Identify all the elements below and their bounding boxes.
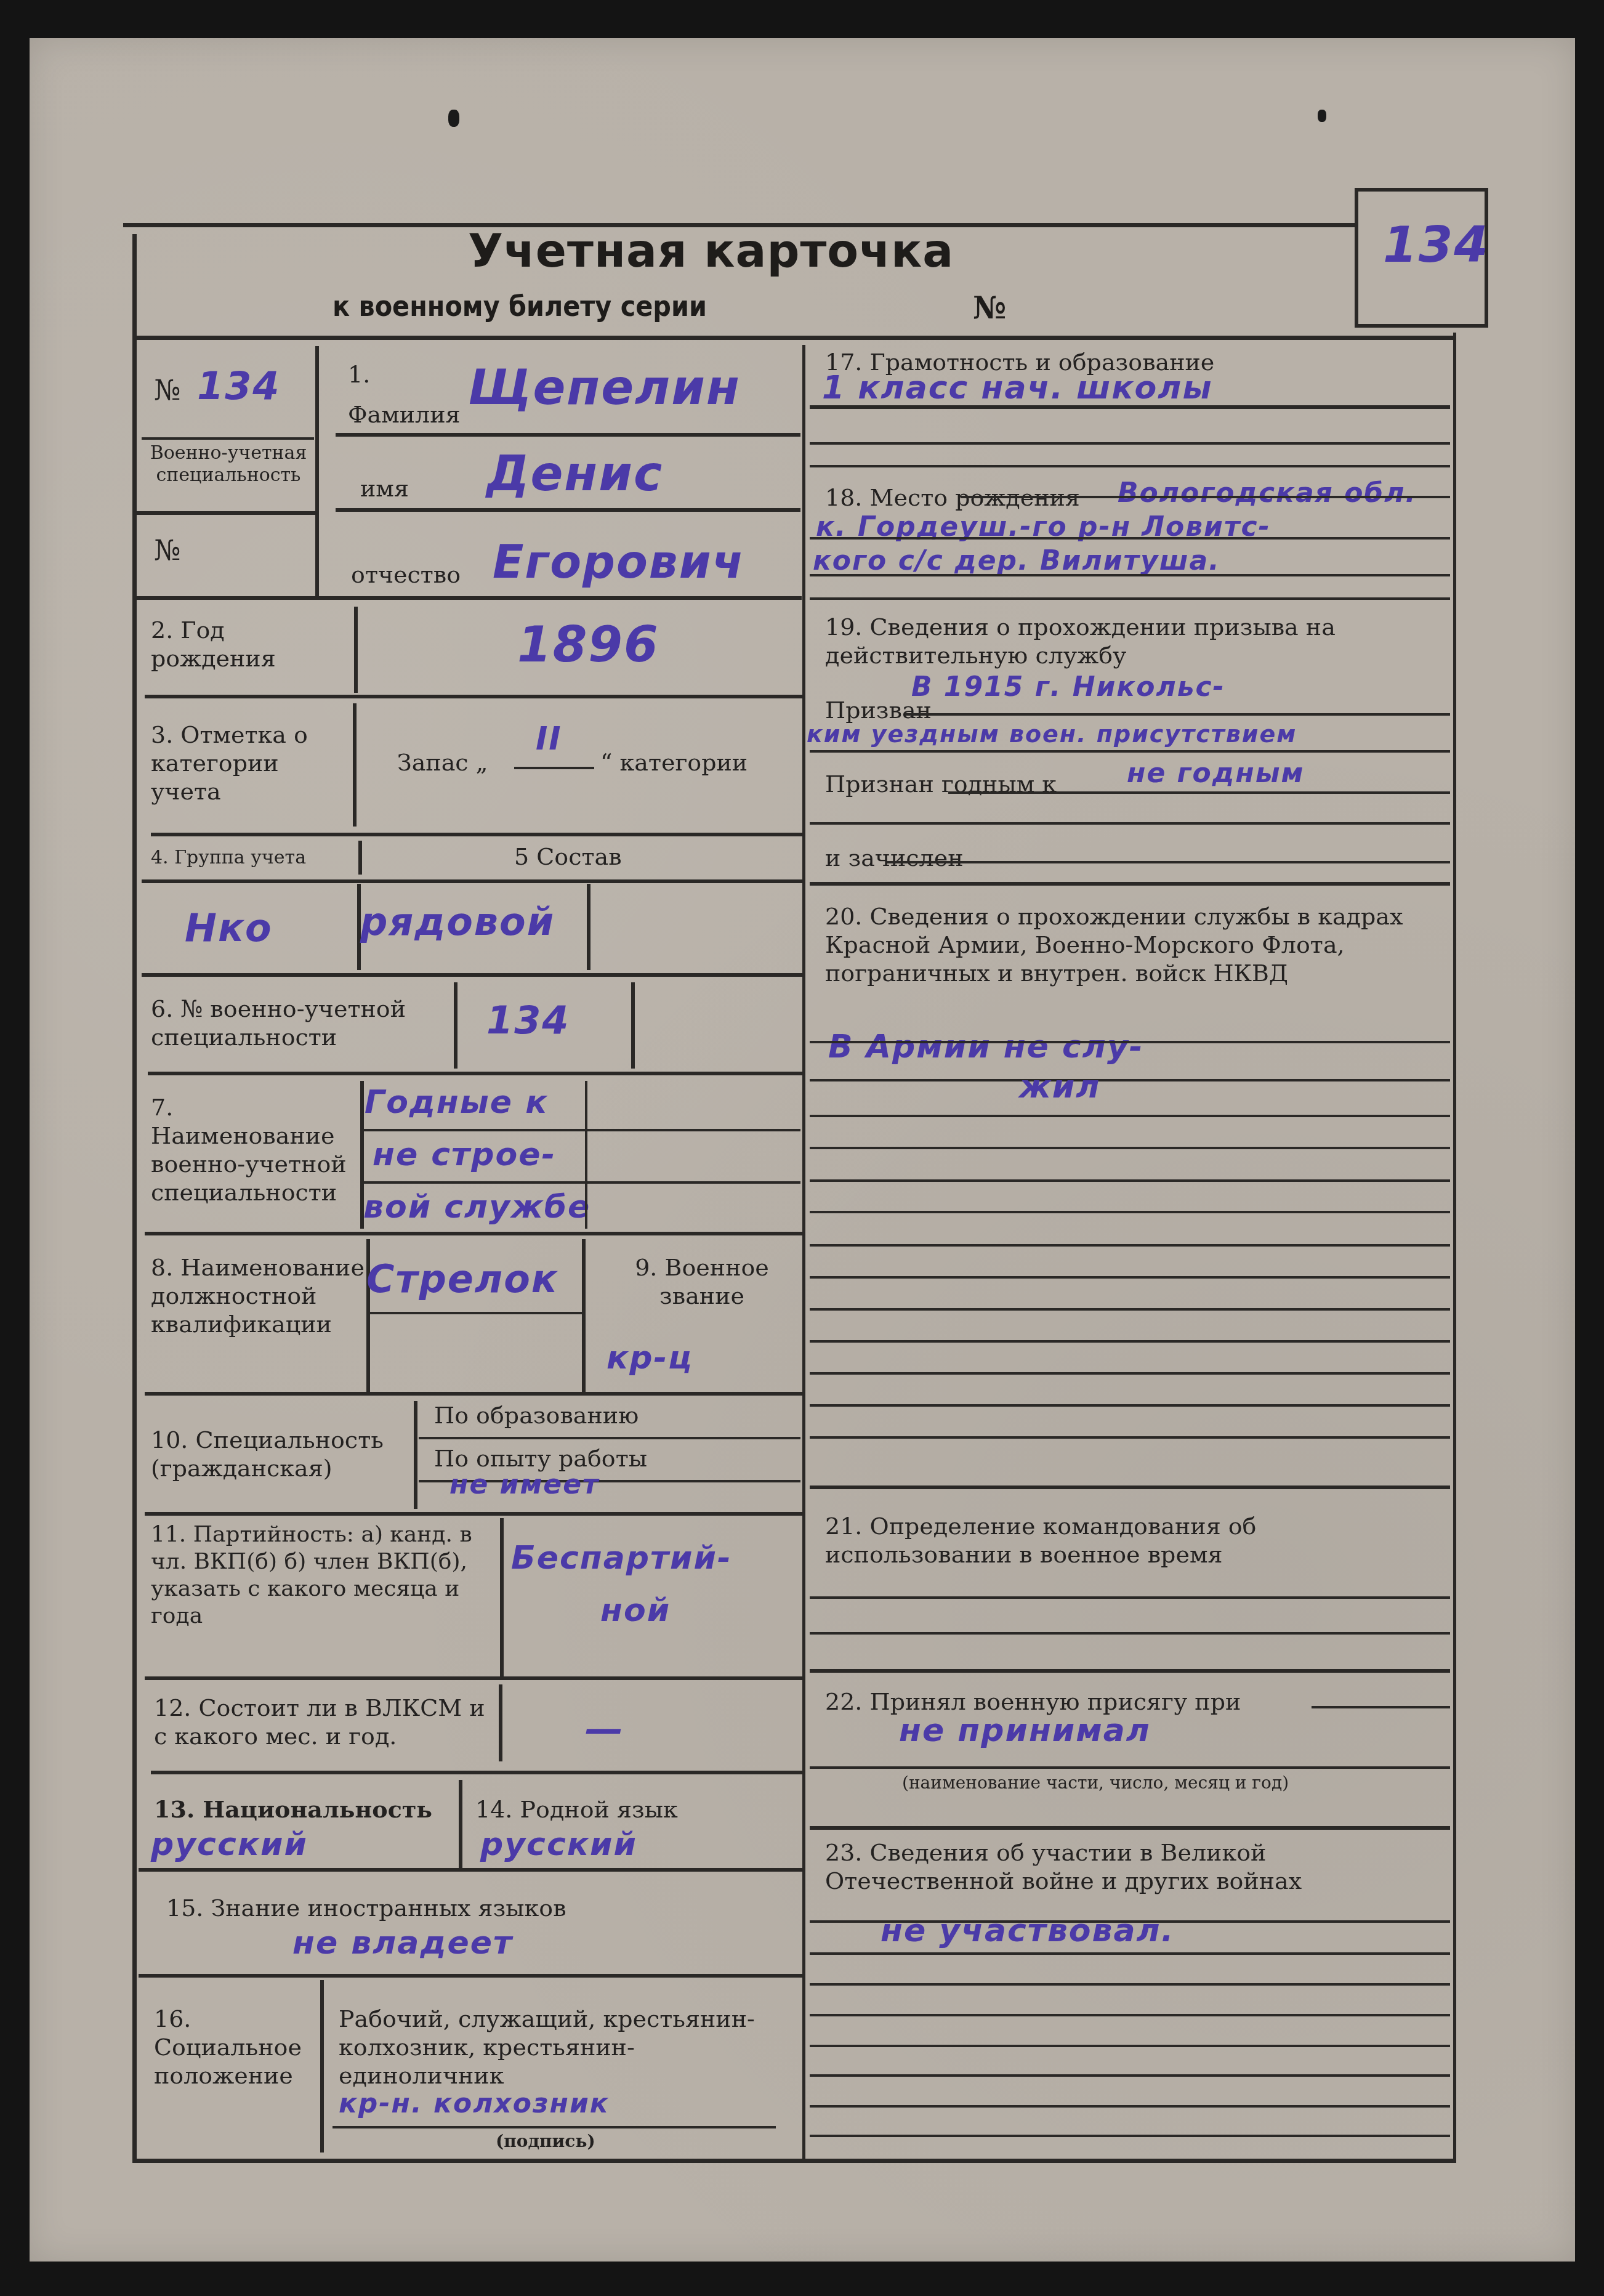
divider [810,1372,1450,1375]
f13-label: 13. Национальность [154,1795,432,1824]
f3-label: 3. Отметка о категории учета [151,721,354,806]
divider [810,2074,1450,2077]
divider [810,1766,1450,1769]
patronymic-label: отчество [351,560,461,589]
divider [905,713,1450,716]
patronymic-value: Егорович [493,536,744,589]
f12-label: 12. Состоит ли в ВЛКСМ и с какого мес. и… [154,1694,499,1750]
recognized-label: Признан годным к [825,770,1057,798]
divider [500,1518,504,1678]
f2-label: 2. Год рождения [151,616,329,673]
party-value-line-2: ной [600,1592,671,1629]
divider [354,607,358,693]
f1-num: 1. [348,360,370,389]
left-border [132,234,137,2162]
foreign-languages-value: не владеет [292,1925,513,1962]
native-language-value: русский [480,1826,637,1863]
no2-label: № [154,536,181,564]
divider [810,1079,1450,1081]
top-right-number: 134 [1383,216,1489,273]
divider [810,2135,1450,2137]
name-label: имя [360,474,409,503]
position-qualification-value: Стрелок [366,1256,558,1301]
f11-label: 11. Партийность: а) канд. в чл. ВКП(б) б… [151,1521,496,1630]
page-subtitle: к военному билету серии [332,289,707,323]
divider [353,703,357,827]
divider [363,1181,800,1184]
divider [810,1244,1450,1247]
by-education-label: По образованию [434,1401,639,1429]
divider [582,1239,586,1393]
divider [363,1129,800,1131]
name-value: Денис [486,447,663,502]
divider [810,1669,1450,1673]
bottom-border [132,2159,1456,2163]
vus-label: Военно-учетная специальность [145,442,312,487]
nationality-value: русский [151,1826,308,1863]
divider [142,879,802,883]
divider [139,1974,802,1978]
vus-name-line-3: вой службе [363,1189,590,1226]
divider [145,695,802,698]
divider [336,508,800,512]
recognized-value: не годным [1127,758,1304,789]
divider [810,1276,1450,1279]
divider [332,2126,776,2128]
header-bottom-rule [132,336,1456,340]
divider [810,1596,1450,1599]
divider [810,1983,1450,1986]
ticket-number-label: № [973,289,1006,326]
divider [887,861,1450,863]
birth-year-value: 1896 [517,616,659,673]
column-divider [802,345,805,2162]
divider [810,1308,1450,1311]
party-value-line-1: Беспартий- [511,1540,732,1577]
divider [810,1115,1450,1117]
called-line-1: В 1915 г. Никольс- [911,671,1225,703]
f21-label: 21. Определение командования об использо… [825,1512,1444,1569]
composition-value: рядовой [360,899,555,944]
divider [145,1676,802,1680]
card-no-label: № [154,376,181,404]
divider [810,1041,1450,1043]
divider [810,1147,1450,1149]
education-value: 1 класс нач. школы [822,370,1212,406]
card-no-value: 134 [197,363,280,408]
divider [810,2045,1450,2047]
divider [810,1340,1450,1343]
divider [1312,1706,1450,1708]
account-group-value: Нко [185,905,273,950]
divider [137,511,315,515]
vus-name-line-1: Годные к [365,1084,548,1121]
divider [810,1179,1450,1182]
divider [137,596,802,600]
reserve-category-value: II [536,721,562,758]
military-rank-value: кр-ц [607,1340,693,1376]
vus-name-line-2: не строе- [373,1136,556,1173]
komsomol-value: — [585,1706,624,1751]
top-right-number-box: 134 [1355,188,1488,328]
divider [810,597,1450,600]
divider [145,1392,802,1396]
called-line-2: ким уездным воен. присутствием [807,721,1297,748]
civil-specialty-value: не имеет [449,1469,600,1500]
divider [358,841,362,875]
oath-caption: (наименование части, число, месяц и год) [902,1773,1289,1793]
f6-label: 6. № военно-учетной специальности [151,995,459,1051]
divider [810,750,1450,753]
reserve-label: Запас „ [397,748,488,777]
divider [810,442,1450,445]
divider [151,833,802,836]
divider [419,1437,800,1439]
divider [810,2014,1450,2016]
f15-label: 15. Знание иностранных языков [166,1894,566,1922]
f4-label: 4. Группа учета [151,847,306,869]
divider [145,1232,802,1235]
divider [810,2105,1450,2108]
divider [499,1684,502,1761]
f23-label: 23. Сведения об участии в Великой Отечес… [825,1838,1444,1895]
vus-number-value: 134 [486,998,570,1043]
reserve-suffix: “ категории [600,748,748,777]
birthplace-line-3: кого с/с дер. Вилитуша. [813,545,1220,576]
right-border [1453,333,1456,2162]
divider [810,1404,1450,1407]
divider [142,973,802,977]
divider [414,1401,417,1509]
divider [587,884,590,970]
divider [336,433,800,437]
oath-value: не принимал [899,1712,1151,1749]
social-status-options: Рабочий, служащий, крестьянин-колхозник,… [339,2005,794,2090]
birthplace-line-1: Вологодская обл. [1118,477,1417,509]
divider [810,465,1450,467]
f7-label: 7. Наименование военно-учетной специальн… [151,1093,363,1207]
divider [585,1081,587,1229]
enrolled-label: и зачислен [825,844,963,872]
divider [810,537,1450,540]
divider [320,1980,324,2152]
f5-label: 5 Состав [514,843,622,871]
divider [631,982,635,1069]
service-line-1: В Армии не слу- [828,1029,1143,1065]
divider [151,1771,802,1774]
divider [145,1512,802,1516]
surname-label: Фамилия [348,400,461,429]
divider [369,1312,582,1314]
divider [315,346,319,599]
divider [810,822,1450,825]
f8-label: 8. Наименование должностной квалификации [151,1253,366,1338]
war-participation-value: не участвовал. [881,1912,1174,1949]
divider [810,574,1450,576]
divider [810,882,1450,886]
f20-label: 20. Сведения о прохождении службы в кадр… [825,902,1444,987]
divider [961,496,1450,498]
signature-caption: (подпись) [496,2131,595,2151]
surname-value: Щепелин [468,360,741,416]
divider [148,1072,802,1075]
punch-hole [1318,110,1326,122]
divider [139,1868,802,1872]
social-status-value: кр-н. колхозник [339,2088,610,2119]
divider [810,405,1450,409]
divider [810,1826,1450,1830]
f9-label: 9. Военное звание [616,1253,788,1310]
f10-label: 10. Специальность (гражданская) [151,1426,409,1482]
f14-label: 14. Родной язык [475,1795,678,1824]
divider [142,437,314,440]
divider [948,791,1450,794]
page-title: Учетная карточка [468,225,954,278]
f19-label: 19. Сведения о прохождении призыва на де… [825,613,1441,669]
divider [810,1486,1450,1489]
divider [810,1211,1450,1213]
service-line-2: жил [1019,1069,1100,1106]
divider [454,982,457,1069]
divider [810,1436,1450,1439]
punch-hole [448,110,459,127]
divider [810,1952,1450,1955]
divider [514,767,594,769]
divider [459,1780,462,1869]
f16-label: 16. Социальное положение [154,2005,283,2090]
divider [810,1632,1450,1635]
